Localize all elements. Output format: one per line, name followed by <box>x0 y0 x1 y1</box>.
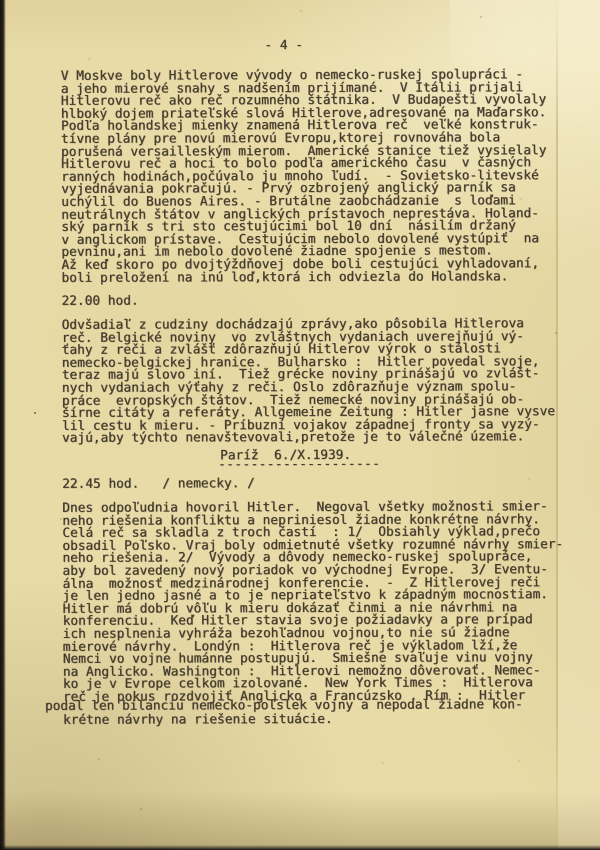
scan-edge-left <box>0 0 6 850</box>
page-number: - 4 - <box>239 40 329 53</box>
scan-edge-bottom <box>0 845 600 850</box>
paragraph-2245-report: Dnes odpoľudnia hovoril Hitler. Negoval … <box>62 501 563 704</box>
paragraph-foreign-press-roundup: V Moskve boly Hitlerove vývody o nemecko… <box>61 69 547 285</box>
paragraph-2245-last-line: krétne návrhy na riešenie situácie. <box>63 714 333 728</box>
paragraph-2200-report: Odvšadiaľ z cudziny dochádzajú zprávy,ak… <box>62 318 556 446</box>
timestamp-2245: 22.45 hod. / nemecky. / <box>62 478 255 491</box>
timestamp-2200: 22.00 hod. <box>62 296 139 309</box>
document-page: - 4 - V Moskve boly Hitlerove vývody o n… <box>0 0 600 850</box>
dateline-underline: -------------------- <box>218 459 380 472</box>
typed-text-block: - 4 - V Moskve boly Hitlerove vývody o n… <box>0 0 600 850</box>
